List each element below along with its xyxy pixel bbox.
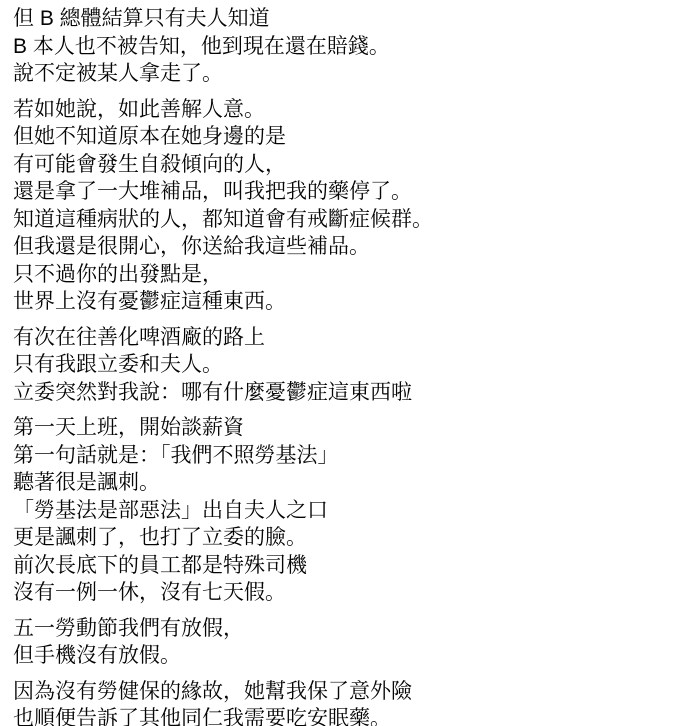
text-line: 沒有一例一休，沒有七天假。 xyxy=(13,579,680,607)
text-line: 也順便告訴了其他同仁我需要吃安眠藥。 xyxy=(13,705,680,726)
text-line: 有次在往善化啤酒廠的路上 xyxy=(13,324,680,352)
text-line: 只不過你的出發點是， xyxy=(13,261,680,289)
text-line: 立委突然對我說：哪有什麼憂鬱症這東西啦 xyxy=(13,379,680,407)
post-text: 但 B 總體結算只有夫人知道B 本人也不被告知，他到現在還在賠錢。說不定被某人拿… xyxy=(0,0,696,726)
text-line: 更是諷刺了，也打了立委的臉。 xyxy=(13,524,680,552)
text-line: 但手機沒有放假。 xyxy=(13,642,680,670)
text-line: 說不定被某人拿走了。 xyxy=(13,60,680,88)
text-line: B 本人也不被告知，他到現在還在賠錢。 xyxy=(13,33,680,61)
text-line: 但 B 總體結算只有夫人知道 xyxy=(13,5,680,33)
text-line: 第一句話就是：「我們不照勞基法」 xyxy=(13,442,680,470)
text-line: 只有我跟立委和夫人。 xyxy=(13,351,680,379)
text-line: 知道這種病狀的人，都知道會有戒斷症候群。 xyxy=(13,206,680,234)
paragraph: 第一天上班，開始談薪資第一句話就是：「我們不照勞基法」聽著很是諷刺。「勞基法是部… xyxy=(13,414,680,607)
text-line: 第一天上班，開始談薪資 xyxy=(13,414,680,442)
paragraph: 有次在往善化啤酒廠的路上只有我跟立委和夫人。立委突然對我說：哪有什麼憂鬱症這東西… xyxy=(13,324,680,407)
paragraph: 但 B 總體結算只有夫人知道B 本人也不被告知，他到現在還在賠錢。說不定被某人拿… xyxy=(13,5,680,88)
paragraph: 若如她說，如此善解人意。但她不知道原本在她身邊的是有可能會發生自殺傾向的人，還是… xyxy=(13,96,680,316)
text-line: 但她不知道原本在她身邊的是 xyxy=(13,123,680,151)
text-line: 世界上沒有憂鬱症這種東西。 xyxy=(13,288,680,316)
text-line: 若如她說，如此善解人意。 xyxy=(13,96,680,124)
paragraph: 因為沒有勞健保的緣故，她幫我保了意外險也順便告訴了其他同仁我需要吃安眠藥。 xyxy=(13,678,680,726)
text-line: 前次長底下的員工都是特殊司機 xyxy=(13,552,680,580)
text-line: 五一勞動節我們有放假， xyxy=(13,615,680,643)
text-line: 因為沒有勞健保的緣故，她幫我保了意外險 xyxy=(13,678,680,706)
text-line: 有可能會發生自殺傾向的人， xyxy=(13,151,680,179)
text-line: 聽著很是諷刺。 xyxy=(13,469,680,497)
paragraph: 五一勞動節我們有放假，但手機沒有放假。 xyxy=(13,615,680,670)
text-line: 但我還是很開心，你送給我這些補品。 xyxy=(13,233,680,261)
text-line: 「勞基法是部惡法」出自夫人之口 xyxy=(13,497,680,525)
text-line: 還是拿了一大堆補品，叫我把我的藥停了。 xyxy=(13,178,680,206)
